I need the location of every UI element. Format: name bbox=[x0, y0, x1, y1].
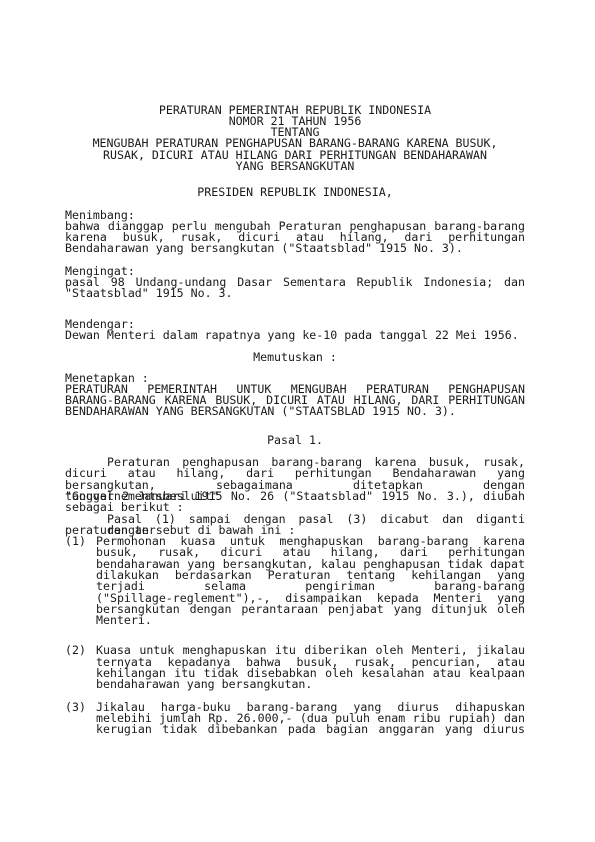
pasal-1-heading: Pasal 1. bbox=[65, 435, 525, 446]
ayat-3: (3)Jikalau harga-buku barang-barang yang… bbox=[65, 702, 525, 736]
mendengar-section: Mendengar:Dewan Menteri dalam rapatnya y… bbox=[65, 319, 525, 342]
menimbang-section: Menimbang:bahwa dianggap perlu mengubah … bbox=[65, 210, 525, 255]
doc-line: PRESIDEN REPUBLIK INDONESIA, bbox=[65, 187, 525, 198]
doc-line: bersangkutan dengan perantaraan penjabat… bbox=[96, 604, 525, 615]
president-heading: PRESIDEN REPUBLIK INDONESIA, bbox=[65, 187, 525, 198]
menetapkan-section: Menetapkan :PERATURAN PEMERINTAH UNTUK M… bbox=[65, 373, 525, 418]
doc-line: Pasal 1. bbox=[65, 435, 525, 446]
doc-line: BENDAHARAWAN YANG BERSANGKUTAN ("STAATSB… bbox=[65, 406, 525, 417]
list-marker: (3) bbox=[65, 702, 86, 713]
doc-line: Bendaharawan yang bersangkutan ("Staatsb… bbox=[65, 243, 525, 254]
doc-line: YANG BERSANGKUTAN bbox=[65, 161, 525, 172]
doc-line: Dewan Menteri dalam rapatnya yang ke-10 … bbox=[65, 330, 525, 341]
document-page: PERATURAN PEMERINTAH REPUBLIK INDONESIAN… bbox=[0, 0, 595, 842]
doc-title: PERATURAN PEMERINTAH REPUBLIK INDONESIAN… bbox=[65, 105, 525, 173]
doc-line: Menteri. bbox=[96, 615, 525, 626]
ayat-2: (2)Kuasa untuk menghapuskan itu diberika… bbox=[65, 645, 525, 690]
spacer bbox=[65, 300, 525, 319]
doc-line: Memutuskan : bbox=[65, 352, 525, 363]
ayat-1: (1)Permohonan kuasa untuk menghapuskan b… bbox=[65, 536, 525, 626]
memutuskan-heading: Memutuskan : bbox=[65, 352, 525, 363]
doc-line: "Staatsblad" 1915 No. 3. bbox=[65, 288, 525, 299]
doc-line: kerugian tidak dibebankan pada bagian an… bbox=[96, 724, 525, 735]
list-marker: (2) bbox=[65, 645, 86, 656]
pasal-1-intro: Peraturan penghapusan barang-barang kare… bbox=[65, 457, 525, 536]
doc-line: bendaharawan yang bersangkutan. bbox=[96, 679, 525, 690]
list-marker: (1) bbox=[65, 536, 86, 547]
mengingat-section: Mengingat:pasal 98 Undang-undang Dasar S… bbox=[65, 266, 525, 300]
document-body: PERATURAN PEMERINTAH REPUBLIK INDONESIAN… bbox=[65, 105, 525, 736]
